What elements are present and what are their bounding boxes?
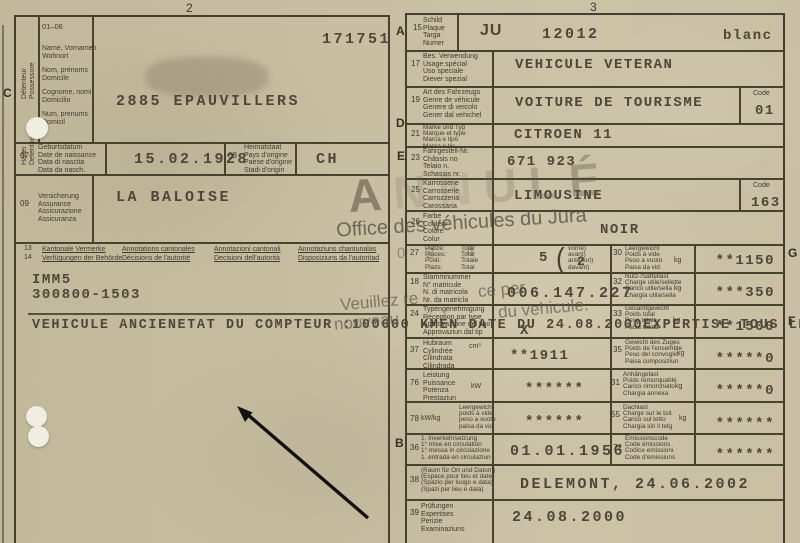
type-approval-labels: TypengenehmigungRéception par typeApprov… — [423, 306, 490, 337]
body-type-code: 163 — [751, 195, 781, 211]
field-number: 07 — [20, 151, 29, 160]
origin-country-labels: HeimatstaatPays d'originePaese d'origine… — [244, 144, 292, 175]
annotations-header-it: Annotazioni cantonaliDecisioni dell'auto… — [214, 245, 281, 263]
grid-line — [407, 50, 783, 52]
stock-number-labels: StammnummerN° matriculeN. di matricolaNr… — [423, 274, 471, 305]
field-number: 23 — [411, 153, 420, 162]
margin-letter-a: A — [396, 24, 405, 38]
type-approval-value: X — [520, 323, 530, 339]
hole-punch — [28, 426, 49, 447]
field-number: 55 — [611, 410, 620, 419]
color-labels: FarbeCouleurColoreColur — [423, 213, 448, 244]
holder-label-rm: Num, prenumsDomicil — [42, 111, 88, 126]
field-number: 36 — [410, 443, 419, 452]
unit-label: kW — [471, 383, 481, 390]
margin-letter-d: D — [396, 116, 405, 130]
stock-number-value: 006.147.227 — [507, 285, 634, 302]
holder-label-de: Name, VornamenWohnort — [42, 45, 96, 60]
grid-line — [407, 368, 783, 370]
grid-line — [105, 142, 107, 174]
displacement-value: **1911 — [510, 348, 569, 364]
grid-line — [694, 244, 696, 464]
field-number: 31 — [611, 378, 620, 387]
margin-letter-e: E — [397, 149, 405, 163]
grid-line — [92, 174, 94, 242]
redacted-name-smudge — [146, 57, 268, 97]
origin-country-value: CH — [316, 151, 339, 168]
total-weight-value: **1500 — [716, 319, 775, 335]
right-panel: 15 SchildPlaqueTargaNumer JU 12012 blanc… — [405, 13, 785, 543]
power-weight-labels: Leergewichtpoids à videpeso a vuotopaisa… — [459, 405, 496, 430]
plate-canton-value: JU — [480, 22, 502, 40]
field-number: 14 — [24, 254, 32, 261]
vehicle-kind-labels: Art des FahrzeugsGenre de véhiculeGenere… — [423, 89, 481, 120]
grid-line — [407, 210, 783, 212]
unit-label: kg — [677, 350, 684, 357]
left-panel: DétenteurPossessore HalterDetentore 01–0… — [14, 15, 390, 543]
grid-line — [739, 86, 741, 123]
unit-label: kW/kg — [421, 415, 440, 422]
power-labels: LeistungPuissancePotenzaPrestaziun — [423, 372, 456, 403]
annotation-code-2: 300800-1503 — [32, 287, 141, 303]
annotations-header-rm: Annotaziuns chantunalasDisposiziuns da l… — [298, 245, 379, 263]
margin-letter-b: B — [395, 436, 404, 450]
hole-punch — [26, 406, 47, 427]
roof-load-value: ****** — [716, 416, 775, 432]
grid-line — [407, 337, 783, 339]
unit-label: kg — [675, 383, 682, 390]
field-number: 76 — [410, 378, 419, 387]
chassis-value: 671 923 — [507, 154, 576, 170]
power-weight-value: ****** — [525, 414, 584, 430]
page-number-right: 3 — [590, 0, 597, 14]
hole-punch — [26, 117, 48, 139]
front-seats-value: 2 — [577, 254, 586, 269]
grid-line — [407, 86, 783, 88]
field-number: 38 — [410, 475, 419, 484]
field-number: 25 — [411, 185, 420, 194]
plate-labels: SchildPlaqueTargaNumer — [423, 17, 445, 48]
field-number: 18 — [410, 277, 419, 286]
unit-label: kg — [674, 285, 681, 292]
inspections-labels: PrüfungenExpertisesPerizieExaminaziuns — [421, 503, 465, 534]
make-type-value: CITROEN 11 — [514, 127, 613, 143]
seats-total-labels: TotalTotalTotaleTotal — [461, 246, 478, 271]
place-date-labels: (Raum für Ort und Datum)(Espace pour lie… — [421, 468, 495, 493]
margin-letter-c: C — [3, 86, 12, 100]
field-number: 27 — [410, 248, 419, 257]
unit-label: cm³ — [469, 343, 481, 350]
page-number-left: 2 — [186, 1, 193, 15]
field-number: 30 — [613, 248, 622, 257]
color-value: NOIR — [600, 222, 640, 238]
page-edge-line — [2, 25, 4, 543]
seats-total-value: 5 — [539, 250, 549, 266]
emissions-code-value: ****** — [716, 447, 775, 463]
total-weight-labels: GesamtgewichtPoids totalPeso totalePaisa… — [625, 306, 669, 331]
field-number: 72 — [613, 443, 622, 452]
displacement-labels: HubraumCylindréeCilindrataCilindrada — [423, 340, 455, 371]
holder-address-value: 2885 EPAUVILLERS — [116, 93, 300, 110]
plate-color-note: blanc — [723, 28, 773, 44]
plate-number-value: 12012 — [542, 26, 600, 43]
field-range-label: 01–06 — [42, 23, 63, 31]
emissions-code-labels: EmissionscodeCode émissionsCodice emissi… — [625, 436, 675, 461]
towing-weight-labels: AnhängelastPoids remorquableCarico rimor… — [623, 372, 677, 397]
annotation-code-1: IMM5 — [32, 272, 72, 288]
document-serial-number: 171751 — [322, 31, 391, 48]
chassis-labels: Fahrgestell-Nr.Châssis noTelaio n.Schass… — [423, 148, 469, 179]
field-number: 78 — [410, 414, 419, 423]
typed-rule-line — [28, 313, 388, 315]
code-label: Code — [753, 182, 770, 189]
grid-line — [407, 464, 783, 466]
body-type-labels: KarrosserieCarrosserieCarrozzeriaCarossa… — [423, 180, 459, 211]
payload-value: ***350 — [716, 285, 775, 301]
unit-label: kg — [674, 257, 681, 264]
field-number: 13 — [24, 245, 32, 252]
grid-line — [457, 15, 459, 50]
empty-weight-value: **1150 — [716, 253, 775, 269]
special-use-value: VEHICULE VETERAN — [515, 57, 673, 73]
holder-label-fr: Nom, prénomsDomicile — [42, 67, 88, 82]
field-number: 19 — [411, 95, 420, 104]
place-date-value: DELEMONT, 24.06.2002 — [520, 476, 750, 493]
field-number: 39 — [410, 508, 419, 517]
annotations-header-de: Kantonale VermerkeVerfügungen der Behörd… — [42, 245, 122, 263]
grid-line — [739, 178, 741, 210]
empty-weight-labels: LeergewichtPoids à videPeso a vuotoPaisa… — [625, 246, 662, 271]
unit-label: kg — [679, 415, 686, 422]
annotations-header-fr: Annotations cantonalesDécisions de l'aut… — [122, 245, 195, 263]
holder-strip-label-fr-it: DétenteurPossessore — [21, 62, 37, 99]
field-number: 37 — [410, 345, 419, 354]
body-type-value: LIMOUSINE — [514, 188, 603, 204]
field-number: 24 — [410, 309, 419, 318]
code-label: Code — [753, 90, 770, 97]
first-registration-value: 01.01.1956 — [510, 443, 625, 460]
field-number: 21 — [411, 129, 420, 138]
train-weight-labels: Gewicht des ZugesPoids de l'ensemblePeso… — [625, 340, 682, 365]
inspections-value: 24.08.2000 — [512, 509, 627, 526]
unit-label: kg — [673, 317, 680, 324]
insurance-value: LA BALOISE — [116, 189, 231, 206]
grid-line — [610, 244, 612, 464]
towing-weight-value: *****0 — [716, 383, 775, 399]
insurance-labels: VersicherungAssuranceAssicurazioneAssicu… — [38, 193, 82, 224]
power-value: ****** — [525, 381, 584, 397]
birthdate-labels: GeburtsdatumDate de naissanceData di nas… — [38, 144, 96, 175]
seats-labels: Plätze:Places:Posti:Plazs: — [425, 246, 446, 271]
vehicle-registration-document: 2 3 C A D E B G F DétenteurPossessore Ha… — [0, 0, 800, 543]
holder-label-it: Cognome, nomiDomicilio — [42, 89, 91, 104]
first-registration-labels: 1. Inverkehrsetzung1° mise en circulatio… — [421, 436, 491, 461]
field-number: 09 — [20, 199, 29, 208]
special-use-labels: Bes. VerwendungUsage spécialUso speciale… — [423, 53, 478, 84]
field-number: 33 — [613, 309, 622, 318]
grid-line — [407, 401, 783, 403]
roof-load-labels: DachlastCharge sur le toitCarico sul tet… — [623, 405, 672, 430]
make-type-labels: Marke und TypMarque et typeMarca e tipoM… — [423, 125, 466, 150]
grid-line — [407, 499, 783, 501]
bracket-glyph: ( — [556, 241, 565, 275]
grid-line — [92, 17, 94, 142]
field-number: 08 — [228, 151, 237, 160]
grid-line — [295, 142, 297, 174]
field-number: 17 — [411, 59, 420, 68]
vehicle-kind-code: 01 — [755, 103, 775, 119]
margin-letter-g: G — [788, 246, 797, 260]
grid-line — [16, 242, 388, 244]
field-number: 15 — [413, 23, 422, 32]
field-number: 26 — [411, 217, 420, 226]
field-number: 35 — [613, 345, 622, 354]
vehicle-kind-value: VOITURE DE TOURISME — [515, 95, 703, 111]
train-weight-value: *****0 — [716, 351, 775, 367]
